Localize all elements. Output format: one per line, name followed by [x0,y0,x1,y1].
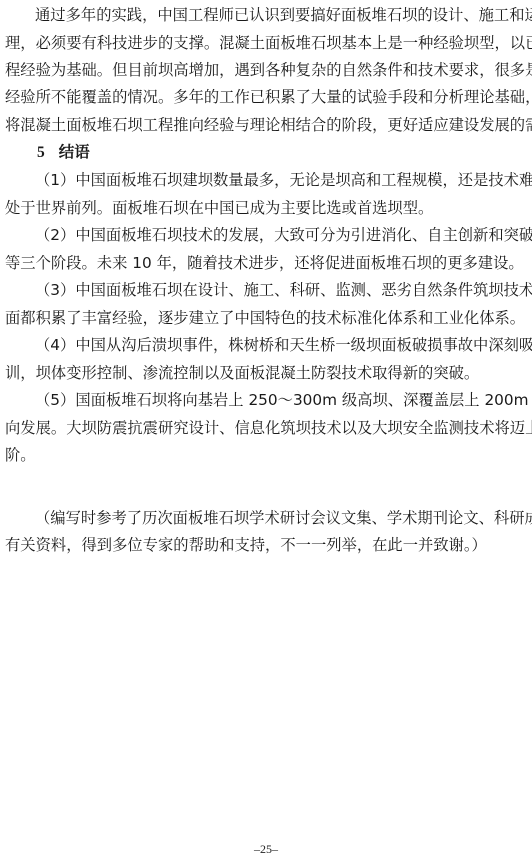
text-line: （1）中国面板堆石坝建坝数量最多，无论是坝高和工程规模，还是技术难度都 [5,170,528,190]
text-line: 理，必须要有科技进步的支撑。混凝土面板堆石坝基本上是一种经验坝型，以已有工 [5,33,528,53]
text-line: （4）中国从沟后溃坝事件，株树桥和天生桥一级坝面板破损事故中深刻吸取教 [5,335,528,355]
text-line: （2）中国面板堆石坝技术的发展，大致可分为引进消化、自主创新和突破发展 [5,225,528,245]
text-line: 训，坝体变形控制、渗流控制以及面板混凝土防裂技术取得新的突破。 [5,363,528,383]
text-line: 将混凝土面板堆石坝工程推向经验与理论相结合的阶段，更好适应建设发展的需要。 [5,115,528,135]
text-line: 经验所不能覆盖的情况。多年的工作已积累了大量的试验手段和分析理论基础，可以 [5,87,528,107]
text-line: 有关资料，得到多位专家的帮助和支持，不一一列举，在此一并致谢。） [5,535,528,555]
text-line: 处于世界前列。面板堆石坝在中国已成为主要比选或首选坝型。 [5,198,528,218]
text-line: （编写时参考了历次面板堆石坝学术研讨会议文集、学术期刊论文、科研成果等 [5,508,528,528]
section-title: 结语 [59,142,90,161]
text-line: 阶。 [5,445,528,465]
section-heading: 5结语 [37,142,90,163]
text-line: 面都积累了丰富经验，逐步建立了中国特色的技术标准化体系和工业化体系。 [5,308,528,328]
text-line: 等三个阶段。未来 10 年，随着技术进步，还将促进面板堆石坝的更多建设。 [5,253,528,273]
page-number: –25– [0,842,532,857]
text-line: （3）中国面板堆石坝在设计、施工、科研、监测、恶劣自然条件筑坝技术等方 [5,280,528,300]
text-line: （5）国面板堆石坝将向基岩上 250～300m 级高坝、深覆盖层上 200m 级… [5,390,528,410]
text-line: 程经验为基础。但目前坝高增加，遇到各种复杂的自然条件和技术要求，很多是已有 [5,60,528,80]
section-number: 5 [37,144,45,161]
text-line: 通过多年的实践，中国工程师已认识到要搞好面板堆石坝的设计、施工和运行管 [5,5,528,25]
text-line: 向发展。大坝防震抗震研究设计、信息化筑坝技术以及大坝安全监测技术将迈上新台 [5,418,528,438]
